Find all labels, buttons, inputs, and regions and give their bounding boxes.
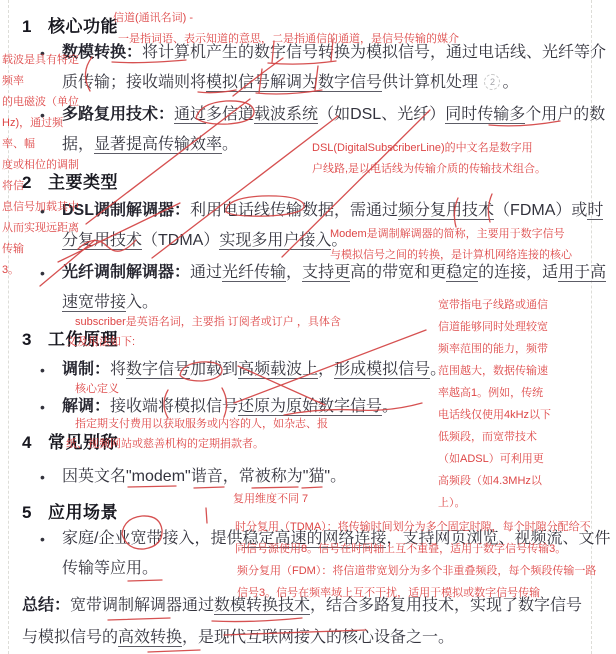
annotation-carrier-wave: 载波是具有特定频率 的电磁波（单位 Hz)，通过频率、幅 度或相位的调制将信 息…: [2, 50, 82, 281]
bullet-marker: •: [40, 392, 45, 422]
annotation-subscriber-4: 纸、视频网站或慈善机构的定期捐款者。: [66, 434, 264, 454]
summary-label: 总结：: [22, 597, 70, 614]
annotation-multiplex-dimension: 复用维度不同 7: [233, 489, 308, 509]
bullet-marker: •: [40, 355, 45, 385]
annotation-broadband-sidebar: 宽带指电子线路或通信 信道能够同时处理较宽 频率范围的能力，频带 范围越大，数据…: [438, 294, 590, 514]
bullet-label: 解调：: [62, 398, 110, 415]
annotation-subscriber-1: subscriber是英语名词，主要指 订阅者或订户 ，具体含: [75, 312, 341, 332]
bullet-label: 调制：: [62, 361, 110, 378]
bullet-marker: •: [40, 524, 45, 554]
annotation-modem-definition: Modem是调制解调器的简称，主要用于数字信号 与模拟信号之间的转换，是计算机网…: [330, 224, 610, 266]
annotation-core-definition: 核心定义: [75, 379, 119, 399]
annotation-tdma: 时分复用（TDMA）：将传输时间划分为多个固定时隙，每个时隙分配给不 同信号源使…: [235, 516, 613, 560]
annotation-subscriber-2: 义及用法如下:: [66, 332, 135, 352]
annotation-subscriber-3: 指定期支付费用以获取服务或内容的人，如杂志、报: [75, 414, 328, 434]
citation-badge: 2: [484, 74, 500, 90]
document-page: 1核心功能 2主要类型 3工作原理 4常见别称 5应用场景 • 数模转换：将计算…: [0, 0, 616, 654]
bullet-marker: •: [40, 462, 45, 492]
heading-core-functions: 1核心功能: [22, 12, 118, 37]
annotation-channel-body: 一是指词语、表示知道的意思，二是指通信的通道，是信号传输的媒介: [118, 29, 598, 49]
annotation-dsl-definition: DSL(DigitalSubscriberLine)的中文名是数字用 户线路,是…: [312, 138, 612, 180]
annotation-fdm: 频分复用（FDM）：将信道带宽划分为多个非重叠频段，每个频段传输一路 信号3。信…: [237, 560, 615, 604]
heading-application: 5应用场景: [22, 498, 118, 523]
annotation-channel-title: 信道(通讯名词) -: [113, 8, 193, 28]
